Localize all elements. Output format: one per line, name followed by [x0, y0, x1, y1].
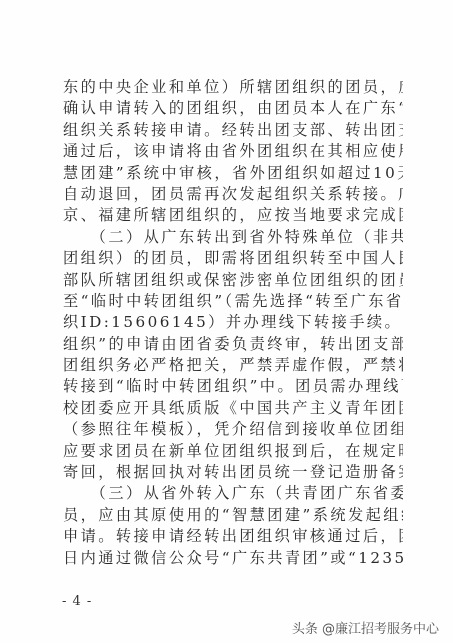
- text-line: 员，应由其原使用的“智慧团建”系统发起组织关系转至广东的: [63, 505, 403, 526]
- text-line: 自动退回，团员需再次发起组织关系转接。广东团员申请转至北: [63, 184, 403, 205]
- text-line: 京、福建所辖团组织的，应按当地要求完成团员报到。: [63, 205, 403, 226]
- text-line: 应要求团员在新单位团组织报到后，在规定时间内将介绍信回执: [63, 441, 403, 462]
- text-line: 慧团建”系统中审核，省外团组织如超过10天未审核，系统将: [63, 163, 403, 184]
- text-line: 至“临时中转团组织”（需先选择“转至广东省内的团支部”，组: [63, 291, 403, 312]
- text-line: 确认申请转入的团组织，由团员本人在广东“智慧团建”中发起: [63, 98, 403, 119]
- text-line: 团组织）的团员，即需将团组织转至中国人民解放军、武装警察: [63, 248, 403, 269]
- text-line: 东的中央企业和单位）所辖团组织的团员，应参照前述转接规范: [63, 77, 403, 98]
- text-line: （参照往年模板），凭介绍信到接收单位团组织报到。学校团委: [63, 419, 403, 440]
- document-body: 东的中央企业和单位）所辖团组织的团员，应参照前述转接规范确认申请转入的团组织，由…: [63, 77, 403, 569]
- text-line: 校团委应开具纸质版《中国共产主义青年团团员组织关系介绍信》: [63, 398, 403, 419]
- text-line: 组织关系转接申请。经转出团支部、转出团支部上级团组织审核: [63, 120, 403, 141]
- text-line: （二）从广东转出到省外特殊单位（非共青团广东省委所辖: [63, 227, 403, 248]
- text-line: 申请。转接申请经转出团组织审核通过后，团员需在10个自然: [63, 526, 403, 547]
- text-line: 日内通过微信公众号“广东共青团”或“12355青年之声”向申: [63, 548, 403, 569]
- document-page: 东的中央企业和单位）所辖团组织的团员，应参照前述转接规范确认申请转入的团组织，由…: [0, 0, 453, 643]
- source-watermark: 头条 @廉江招考服务中心: [292, 618, 439, 637]
- page-number: - 4 -: [62, 594, 92, 609]
- text-line: （三）从省外转入广东（共青团广东省委所辖团组织）的团: [63, 483, 403, 504]
- text-line: 织ID:15606145）并办理线下转接手续。申请转入“临时中转团: [63, 312, 403, 333]
- text-line: 组织”的申请由团省委负责终审，转出团支部和转出团支部上级: [63, 334, 403, 355]
- text-line: 部队所辖团组织或保密涉密单位团组织的团员，应将组织关系转: [63, 270, 403, 291]
- text-line: 转接到“临时中转团组织”中。团员需办理线下转接手续的，学: [63, 376, 403, 397]
- text-line: 寄回，根据回执对转出团员统一登记造册备案。: [63, 462, 403, 483]
- text-line: 团组织务必严格把关，严禁弄虚作假，严禁将不符合条件的团员: [63, 355, 403, 376]
- text-line: 通过后，该申请将由省外团组织在其相应使用的“网上共青团·智: [63, 141, 403, 162]
